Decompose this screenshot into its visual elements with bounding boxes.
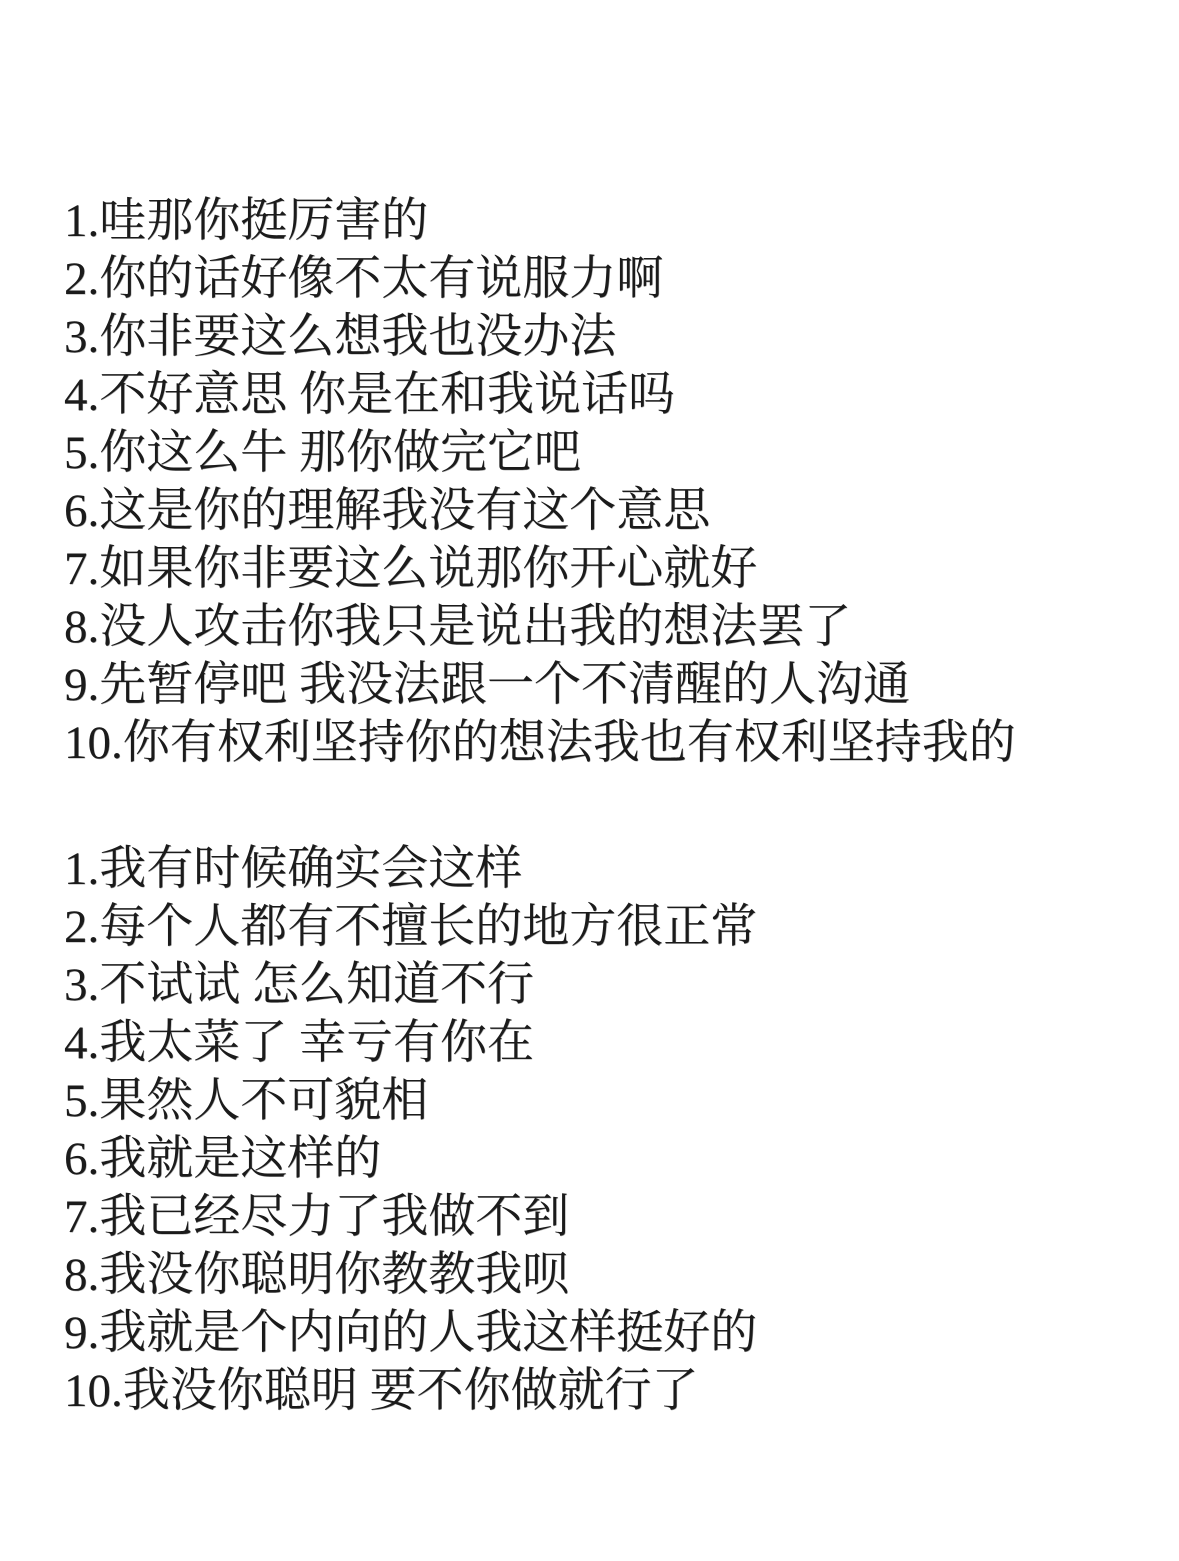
list-item: 8.没人攻击你我只是说出我的想法罢了 — [64, 598, 1139, 656]
list-divider-space — [64, 772, 1139, 840]
list-item: 8.我没你聪明你教教我呗 — [64, 1246, 1139, 1304]
list-item: 5.你这么牛 那你做完它吧 — [64, 424, 1139, 482]
list-item: 5.果然人不可貌相 — [64, 1072, 1139, 1130]
list-item: 7.我已经尽力了我做不到 — [64, 1188, 1139, 1246]
list-item: 4.我太菜了 幸亏有你在 — [64, 1014, 1139, 1072]
list-item: 6.我就是这样的 — [64, 1130, 1139, 1188]
reply-list-1: 1.哇那你挺厉害的 2.你的话好像不太有说服力啊 3.你非要这么想我也没办法 4… — [64, 192, 1139, 772]
reply-list-2: 1.我有时候确实会这样 2.每个人都有不擅长的地方很正常 3.不试试 怎么知道不… — [64, 840, 1139, 1420]
list-item: 9.我就是个内向的人我这样挺好的 — [64, 1304, 1139, 1362]
list-item: 7.如果你非要这么说那你开心就好 — [64, 540, 1139, 598]
list-item: 1.哇那你挺厉害的 — [64, 192, 1139, 250]
list-item: 4.不好意思 你是在和我说话吗 — [64, 366, 1139, 424]
list-item: 10.你有权利坚持你的想法我也有权利坚持我的 — [64, 714, 1139, 772]
document-page: 1.哇那你挺厉害的 2.你的话好像不太有说服力啊 3.你非要这么想我也没办法 4… — [0, 0, 1179, 1561]
list-item: 9.先暂停吧 我没法跟一个不清醒的人沟通 — [64, 656, 1139, 714]
list-item: 3.你非要这么想我也没办法 — [64, 308, 1139, 366]
list-item: 2.每个人都有不擅长的地方很正常 — [64, 898, 1139, 956]
list-item: 10.我没你聪明 要不你做就行了 — [64, 1362, 1139, 1420]
list-item: 6.这是你的理解我没有这个意思 — [64, 482, 1139, 540]
list-item: 2.你的话好像不太有说服力啊 — [64, 250, 1139, 308]
list-item: 3.不试试 怎么知道不行 — [64, 956, 1139, 1014]
list-item: 1.我有时候确实会这样 — [64, 840, 1139, 898]
